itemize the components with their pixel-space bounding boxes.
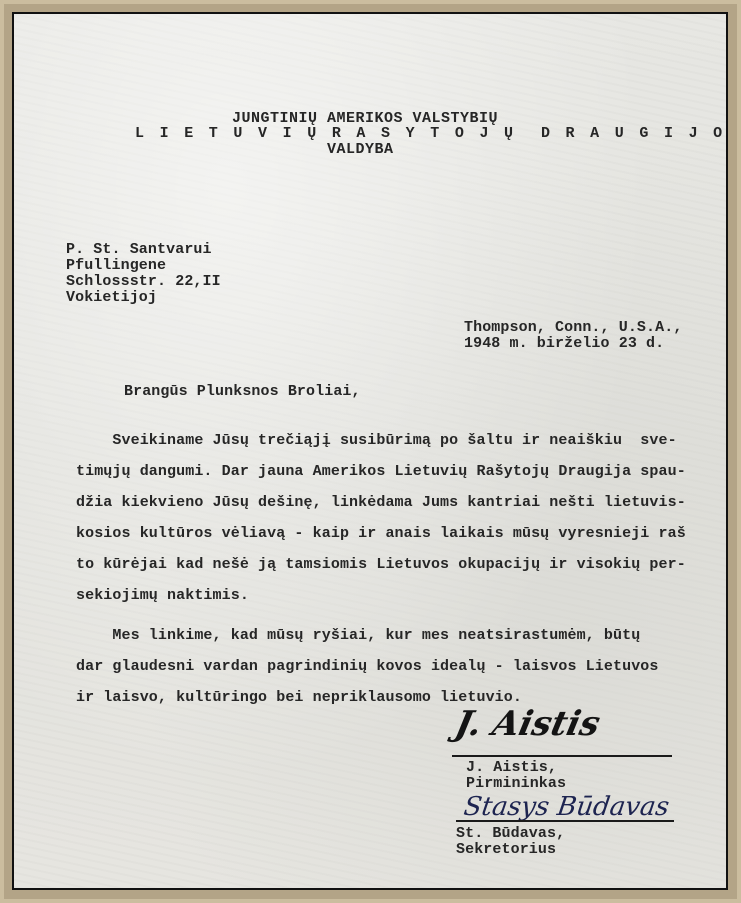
date: 1948 m. birželio 23 d. (464, 336, 664, 351)
place: Thompson, Conn., U.S.A., (464, 320, 682, 335)
body-line: Mes linkime, kad mūsų ryšiai, kur mes ne… (76, 628, 640, 643)
letterhead-line-1: JUNGTINIŲ AMERIKOS VALSTYBIŲ (232, 111, 498, 126)
body-line: sekiojimų naktimis. (76, 588, 249, 603)
recipient-country: Vokietijoj (66, 290, 157, 305)
recipient-name: P. St. Santvarui (66, 242, 212, 257)
letterhead-line-2: L I E T U V I Ų R A S Y T O J Ų D R A U … (135, 126, 728, 141)
recipient-city: Pfullingene (66, 258, 166, 273)
signer-name: J. Aistis, (466, 760, 557, 775)
signature-line (452, 755, 672, 757)
body-line: dar glaudesni vardan pagrindinių kovos i… (76, 659, 659, 674)
signer-title: Sekretorius (456, 842, 556, 857)
handwritten-signature: Stasys Būdavas (462, 792, 671, 822)
body-line: ir laisvo, kultūringo bei nepriklausomo … (76, 690, 522, 705)
salutation: Brangūs Plunksnos Broliai, (124, 384, 361, 399)
body-line: džia kiekvieno Jūsų dešinę, linkėdama Ju… (76, 495, 686, 510)
body-line: timųjų dangumi. Dar jauna Amerikos Lietu… (76, 464, 686, 479)
letter-page: JUNGTINIŲ AMERIKOS VALSTYBIŲ L I E T U V… (12, 12, 728, 890)
signature-line (456, 820, 674, 822)
body-line: to kūrėjai kad nešė ją tamsiomis Lietuvo… (76, 557, 686, 572)
signer-name: St. Būdavas, (456, 826, 565, 841)
letterhead-line-3: VALDYBA (327, 142, 394, 157)
signer-title: Pirmininkas (466, 776, 566, 791)
handwritten-signature: J. Aistis (452, 704, 604, 744)
recipient-street: Schlossstr. 22,II (66, 274, 221, 289)
body-line: Sveikiname Jūsų trečiąjį susibūrimą po š… (76, 433, 677, 448)
body-line: kosios kultūros vėliavą - kaip ir anais … (76, 526, 686, 541)
